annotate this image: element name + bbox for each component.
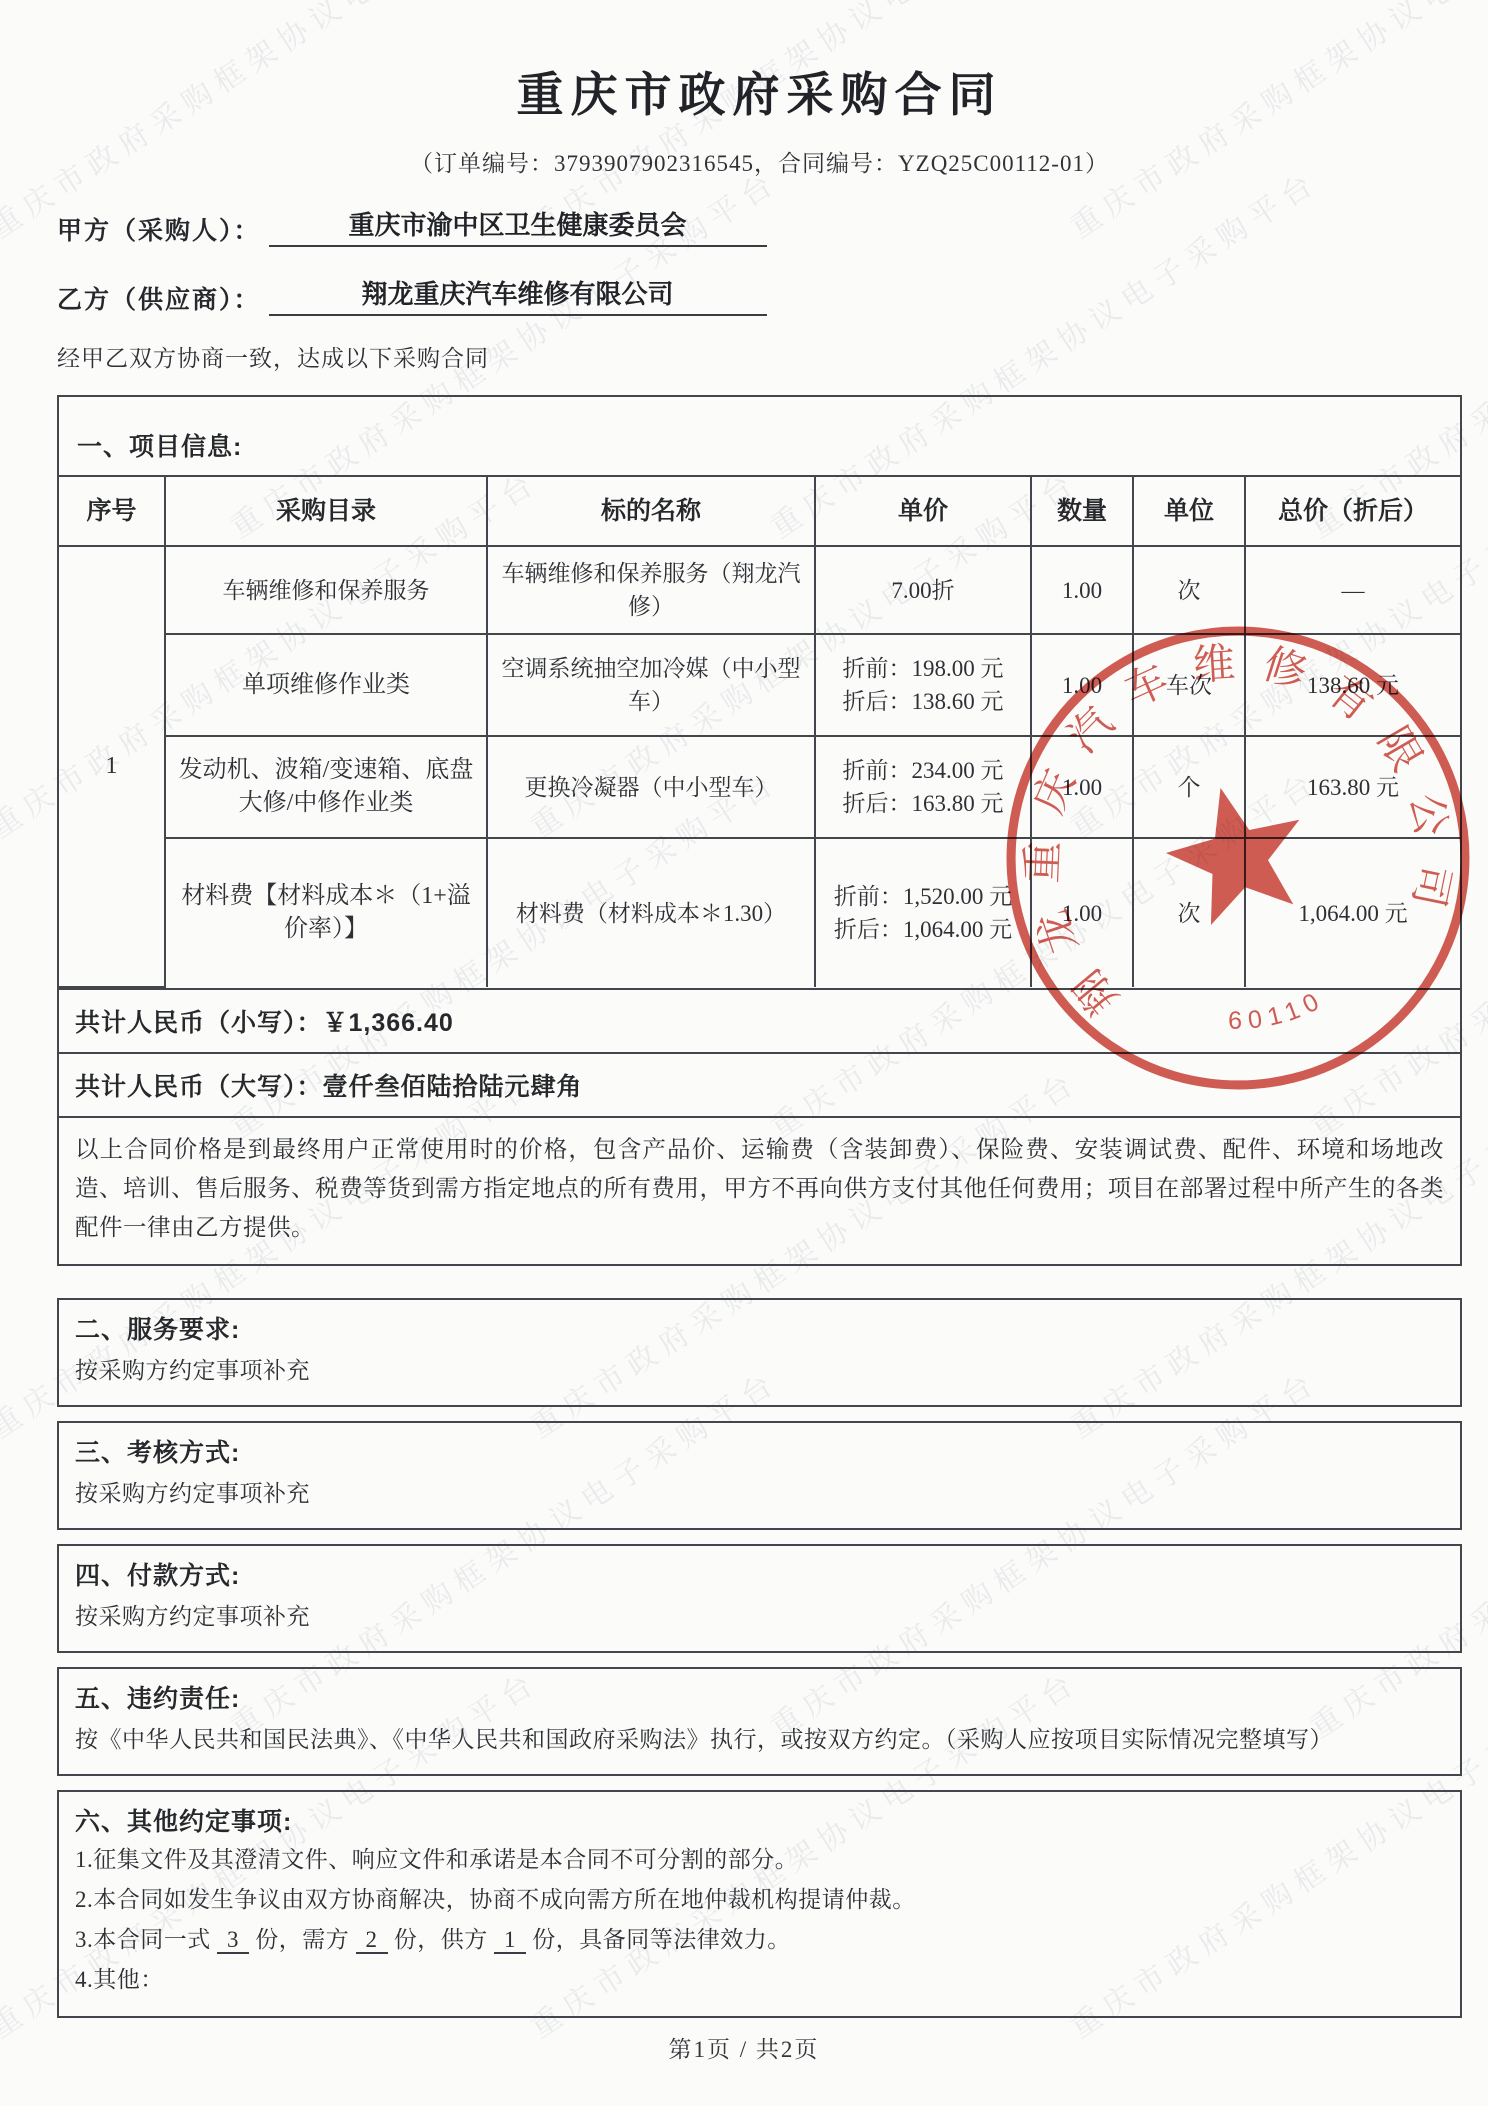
- unit-price-cell: 折前：234.00 元 折后：163.80 元: [815, 736, 1031, 838]
- other-matters-item-4: 4.其他：: [75, 1960, 1444, 2000]
- catalog-cell: 单项维修作业类: [165, 634, 487, 736]
- section-5-heading: 五、违约责任:: [75, 1681, 1444, 1717]
- copies-total-count: 3: [217, 1927, 249, 1954]
- section-assessment-method: 三、考核方式: 按采购方约定事项补充: [57, 1421, 1462, 1530]
- section-2-heading: 二、服务要求:: [75, 1312, 1444, 1348]
- party-a-label: 甲方（采购人）：: [57, 211, 261, 247]
- table-row: 发动机、波箱/变速箱、底盘大修/中修作业类 更换冷凝器（中小型车） 折前：234…: [59, 736, 1460, 838]
- col-header-subject: 标的名称: [487, 476, 815, 546]
- other-matters-item-2: 2.本合同如发生争议由双方协商解决，协商不成向需方所在地仲裁机构提请仲裁。: [75, 1880, 1444, 1920]
- party-b-row: 乙方（供应商）： 翔龙重庆汽车维修有限公司: [57, 274, 1462, 316]
- project-info-box: 一、项目信息: 序号 采购目录 标的名称 单价 数量 单位 总价（折后）: [57, 395, 1462, 1266]
- copies-supplier-count: 1: [494, 1927, 526, 1954]
- price-line: 折后：163.80 元: [824, 787, 1022, 820]
- document-content: 重庆市政府采购合同 （订单编号：3793907902316545，合同编号：YZ…: [0, 58, 1488, 2018]
- total-cell: 1,064.00 元: [1245, 838, 1460, 987]
- copies-buyer-count: 2: [356, 1927, 388, 1954]
- catalog-cell: 发动机、波箱/变速箱、底盘大修/中修作业类: [165, 736, 487, 838]
- party-a-row: 甲方（采购人）： 重庆市渝中区卫生健康委员会: [57, 205, 1462, 247]
- unit-cell: 次: [1133, 838, 1245, 987]
- section-5-body: 按《中华人民共和国民法典》、《中华人民共和国政府采购法》执行，或按双方约定。（采…: [75, 1721, 1444, 1758]
- unit-cell: 次: [1133, 546, 1245, 634]
- price-line: 折前：198.00 元: [824, 652, 1022, 685]
- item-3-text: 份，供方: [394, 1927, 488, 1952]
- project-table: 序号 采购目录 标的名称 单价 数量 单位 总价（折后） 1 车辆维修和保养服务…: [59, 475, 1460, 988]
- section-6-heading: 六、其他约定事项:: [75, 1804, 1444, 1840]
- subject-cell: 车辆维修和保养服务（翔龙汽修）: [487, 546, 815, 634]
- col-header-qty: 数量: [1031, 476, 1133, 546]
- section-payment-method: 四、付款方式: 按采购方约定事项补充: [57, 1544, 1462, 1653]
- price-line: 折后：1,064.00 元: [824, 913, 1022, 946]
- subject-cell: 空调系统抽空加冷媒（中小型车）: [487, 634, 815, 736]
- section-4-body: 按采购方约定事项补充: [75, 1598, 1444, 1635]
- section-breach-liability: 五、违约责任: 按《中华人民共和国民法典》、《中华人民共和国政府采购法》执行，或…: [57, 1667, 1462, 1776]
- col-header-unit: 单位: [1133, 476, 1245, 546]
- total-cell: —: [1245, 546, 1460, 634]
- qty-cell: 1.00: [1031, 634, 1133, 736]
- price-line: 7.00折: [824, 574, 1022, 607]
- unit-cell: 个: [1133, 736, 1245, 838]
- item-3-text: 份，需方: [255, 1927, 349, 1952]
- catalog-cell: 车辆维修和保养服务: [165, 546, 487, 634]
- section-2-body: 按采购方约定事项补充: [75, 1352, 1444, 1389]
- table-row: 材料费【材料成本＊（1+溢价率）】 材料费（材料成本＊1.30） 折前：1,52…: [59, 838, 1460, 987]
- section-1-heading: 一、项目信息:: [59, 397, 1460, 475]
- party-b-value: 翔龙重庆汽车维修有限公司: [269, 274, 767, 316]
- section-3-body: 按采购方约定事项补充: [75, 1475, 1444, 1512]
- unit-price-cell: 折前：1,520.00 元 折后：1,064.00 元: [815, 838, 1031, 987]
- other-matters-item-3: 3.本合同一式 3 份，需方 2 份，供方 1 份，具备同等法律效力。: [75, 1920, 1444, 1960]
- total-amount-words: 共计人民币（大写）：壹仟叁佰陆拾陆元肆角: [59, 1052, 1460, 1116]
- table-row: 1 车辆维修和保养服务 车辆维修和保养服务（翔龙汽修） 7.00折 1.00 次…: [59, 546, 1460, 634]
- col-header-seq: 序号: [59, 476, 165, 546]
- price-line: 折后：138.60 元: [824, 685, 1022, 718]
- section-3-heading: 三、考核方式:: [75, 1435, 1444, 1471]
- qty-cell: 1.00: [1031, 546, 1133, 634]
- party-b-label: 乙方（供应商）：: [57, 280, 261, 316]
- party-a-value: 重庆市渝中区卫生健康委员会: [269, 205, 767, 247]
- price-line: 折前：234.00 元: [824, 754, 1022, 787]
- table-header-row: 序号 采购目录 标的名称 单价 数量 单位 总价（折后）: [59, 476, 1460, 546]
- order-contract-number-line: （订单编号：3793907902316545，合同编号：YZQ25C00112-…: [57, 145, 1462, 178]
- col-header-total: 总价（折后）: [1245, 476, 1460, 546]
- total-cell: 163.80 元: [1245, 736, 1460, 838]
- unit-cell: 车次: [1133, 634, 1245, 736]
- unit-price-cell: 折前：198.00 元 折后：138.60 元: [815, 634, 1031, 736]
- contract-page: 重庆市政府采购框架协议电子采购平台 重庆市政府采购框架协议电子采购平台 重庆市政…: [0, 0, 1488, 2106]
- other-matters-item-1: 1.征集文件及其澄清文件、响应文件和承诺是本合同不可分割的部分。: [75, 1840, 1444, 1880]
- qty-cell: 1.00: [1031, 838, 1133, 987]
- catalog-cell: 材料费【材料成本＊（1+溢价率）】: [165, 838, 487, 987]
- unit-price-cell: 7.00折: [815, 546, 1031, 634]
- page-footer: 第1页 / 共2页: [0, 2031, 1488, 2064]
- col-header-catalog: 采购目录: [165, 476, 487, 546]
- total-cell: 138.60 元: [1245, 634, 1460, 736]
- total-amount-numeric: 共计人民币（小写）：￥1,366.40: [59, 988, 1460, 1052]
- seq-cell: 1: [59, 546, 165, 987]
- qty-cell: 1.00: [1031, 736, 1133, 838]
- section-4-heading: 四、付款方式:: [75, 1558, 1444, 1594]
- price-line: 折前：1,520.00 元: [824, 880, 1022, 913]
- subject-cell: 更换冷凝器（中小型车）: [487, 736, 815, 838]
- col-header-unit-price: 单价: [815, 476, 1031, 546]
- agreement-note: 经甲乙双方协商一致，达成以下采购合同: [57, 340, 1462, 373]
- item-3-text: 3.本合同一式: [75, 1927, 211, 1952]
- subject-cell: 材料费（材料成本＊1.30）: [487, 838, 815, 987]
- page-title: 重庆市政府采购合同: [57, 58, 1462, 125]
- section-other-matters: 六、其他约定事项: 1.征集文件及其澄清文件、响应文件和承诺是本合同不可分割的部…: [57, 1790, 1462, 2018]
- price-inclusion-note: 以上合同价格是到最终用户正常使用时的价格，包含产品价、运输费（含装卸费）、保险费…: [59, 1116, 1460, 1264]
- section-service-requirements: 二、服务要求: 按采购方约定事项补充: [57, 1298, 1462, 1407]
- item-3-text: 份，具备同等法律效力。: [532, 1927, 791, 1952]
- table-row: 单项维修作业类 空调系统抽空加冷媒（中小型车） 折前：198.00 元 折后：1…: [59, 634, 1460, 736]
